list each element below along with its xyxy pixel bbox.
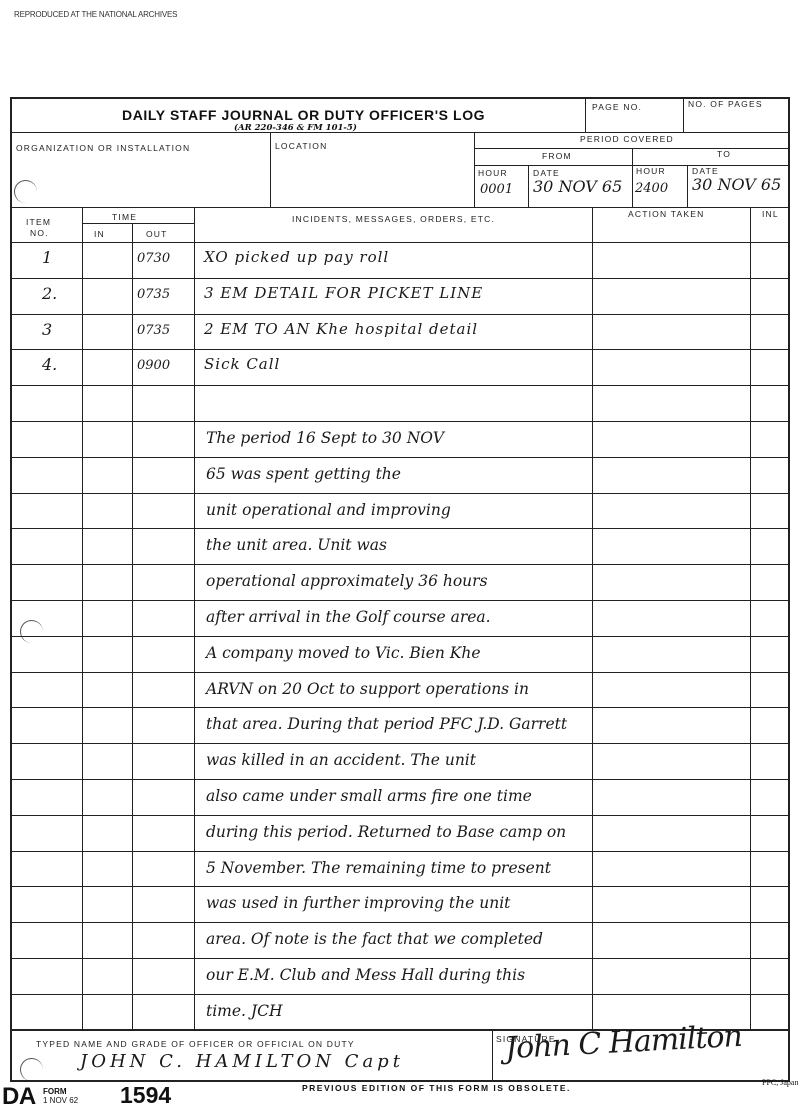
typed-name-value[interactable]: JOHN C. HAMILTON Capt <box>80 1051 404 1072</box>
period-covered-label: PERIOD COVERED <box>580 134 674 144</box>
to-date-value[interactable]: 30 NOV 65 <box>692 175 781 194</box>
period-to-label: TO <box>717 149 731 159</box>
narrative-line: unit operational and improving <box>206 501 451 519</box>
narrative-line: time. JCH <box>206 1002 283 1020</box>
no-of-pages-field[interactable] <box>688 113 783 128</box>
form-word-date: FORM 1 NOV 62 <box>43 1087 78 1105</box>
form-date: 1 NOV 62 <box>43 1096 78 1105</box>
typed-name-label: TYPED NAME AND GRADE OF OFFICER OR OFFIC… <box>36 1039 355 1049</box>
no-header: NO. <box>30 228 49 238</box>
from-hour-label: HOUR <box>478 168 508 178</box>
narrative-line: 65 was spent getting the <box>206 465 401 483</box>
item-no: 1 <box>42 248 52 267</box>
location-field[interactable] <box>275 155 471 203</box>
organization-field[interactable] <box>16 157 266 205</box>
to-hour-label: HOUR <box>636 166 666 176</box>
form-number: 1594 <box>120 1082 171 1109</box>
time-out-header: OUT <box>146 229 168 239</box>
page-no-label: PAGE NO. <box>592 102 642 112</box>
time-header: TIME <box>112 212 137 222</box>
narrative-line: The period 16 Sept to 30 NOV <box>206 429 444 447</box>
narrative-line: during this period. Returned to Base cam… <box>206 823 566 841</box>
narrative-line: the unit area. Unit was <box>206 536 387 554</box>
archive-stamp: REPRODUCED AT THE NATIONAL ARCHIVES <box>14 10 177 19</box>
journal-form: DAILY STAFF JOURNAL OR DUTY OFFICER'S LO… <box>10 97 790 1082</box>
narrative-line: was used in further improving the unit <box>206 894 510 912</box>
narrative-line: area. Of note is the fact that we comple… <box>206 930 543 948</box>
form-title: DAILY STAFF JOURNAL OR DUTY OFFICER'S LO… <box>122 107 485 123</box>
time-out[interactable]: 0735 <box>137 323 170 338</box>
page-no-field[interactable] <box>592 115 680 130</box>
narrative-line: ARVN on 20 Oct to support operations in <box>206 680 529 698</box>
item-no: 2. <box>42 284 57 303</box>
narrative-line: 5 November. The remaining time to presen… <box>206 859 551 877</box>
form-word: FORM <box>43 1087 78 1096</box>
narrative-line: operational approximately 36 hours <box>206 572 488 590</box>
narrative-line: also came under small arms fire one time <box>206 787 532 805</box>
incident-text[interactable]: XO picked up pay roll <box>204 248 389 266</box>
narrative-line: that area. During that period PFC J.D. G… <box>206 715 567 733</box>
previous-edition-note: PREVIOUS EDITION OF THIS FORM IS OBSOLET… <box>302 1083 571 1093</box>
from-hour-value[interactable]: 0001 <box>480 182 513 197</box>
period-from-label: FROM <box>542 151 572 161</box>
printer-mark: PPC, Japan <box>762 1078 798 1087</box>
from-date-value[interactable]: 30 NOV 65 <box>533 177 622 196</box>
item-header: ITEM <box>26 217 51 227</box>
inl-header: INL <box>762 209 779 219</box>
time-out[interactable]: 0735 <box>137 287 170 302</box>
item-no: 4. <box>42 355 57 374</box>
narrative-line: A company moved to Vic. Bien Khe <box>206 644 481 662</box>
organization-label: ORGANIZATION OR INSTALLATION <box>16 143 190 153</box>
narrative-line: after arrival in the Golf course area. <box>206 608 491 626</box>
incidents-header: INCIDENTS, MESSAGES, ORDERS, ETC. <box>292 214 495 224</box>
time-in-header: IN <box>94 229 105 239</box>
location-label: LOCATION <box>275 141 327 151</box>
narrative-line: was killed in an accident. The unit <box>206 751 476 769</box>
incident-text[interactable]: 2 EM TO AN Khe hospital detail <box>204 320 478 338</box>
form-prefix: DA <box>2 1083 36 1111</box>
incident-text[interactable]: 3 EM DETAIL FOR PICKET LINE <box>204 284 483 302</box>
item-no: 3 <box>42 320 52 339</box>
narrative-line: our E.M. Club and Mess Hall during this <box>206 966 525 984</box>
time-out[interactable]: 0900 <box>137 358 170 373</box>
no-of-pages-label: NO. OF PAGES <box>688 99 763 109</box>
time-out[interactable]: 0730 <box>137 251 170 266</box>
incident-text[interactable]: Sick Call <box>204 355 280 373</box>
action-taken-header: ACTION TAKEN <box>628 209 704 219</box>
to-hour-value[interactable]: 2400 <box>635 181 668 196</box>
